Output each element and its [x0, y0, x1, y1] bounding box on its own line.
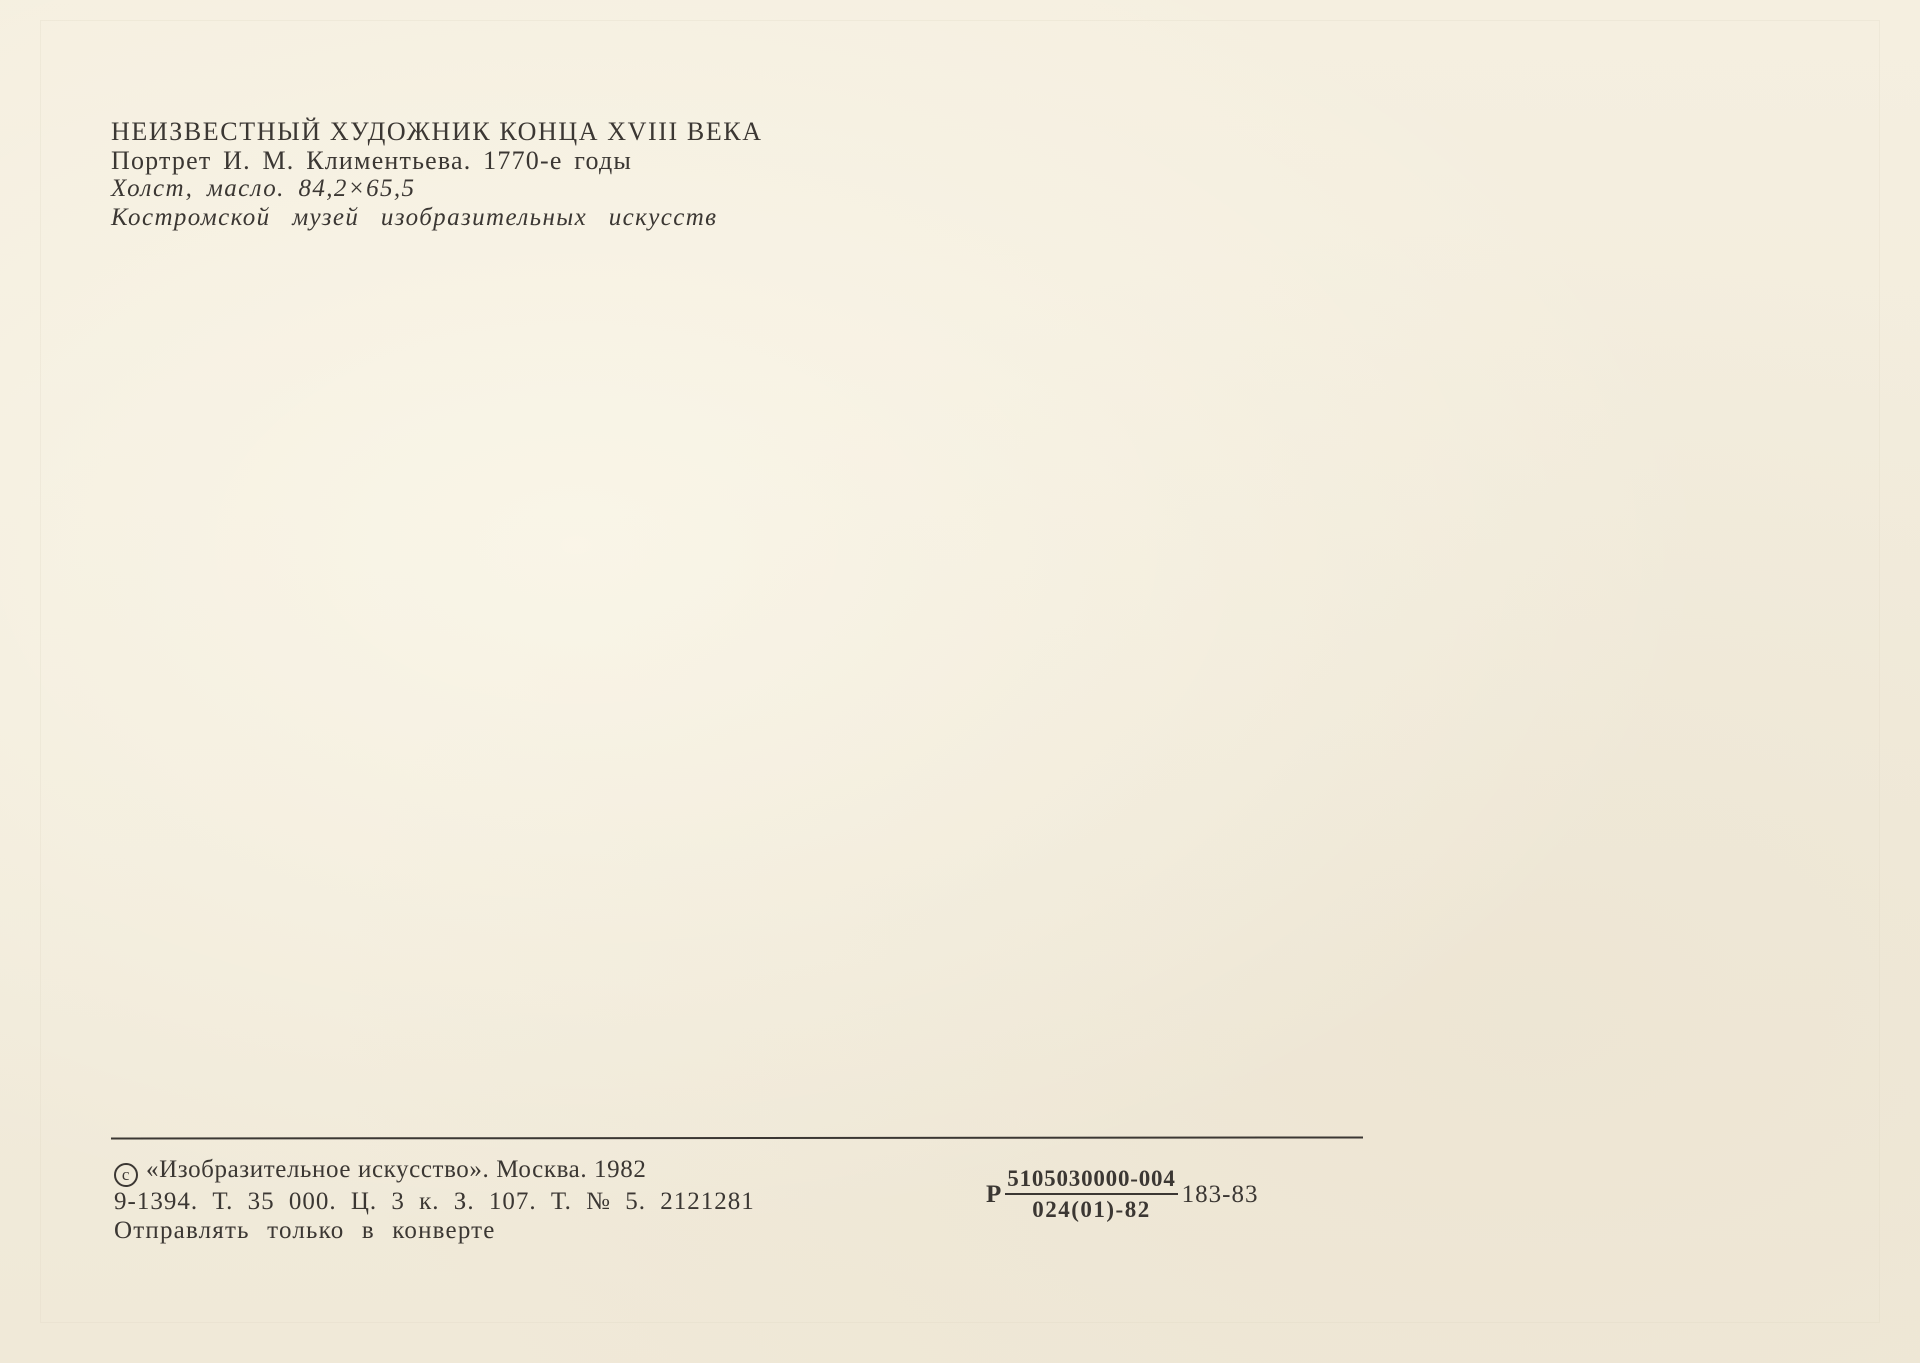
- publisher-imprint: c«Изобразительное искусство». Москва. 19…: [114, 1155, 755, 1245]
- copyright-icon: c: [114, 1163, 138, 1187]
- museum-name: Костромской музей изобразительных искусс…: [111, 204, 763, 233]
- publisher-text: «Изобразительное искусство». Москва. 198…: [146, 1156, 646, 1183]
- catalog-index-code: Р 5105030000-004 024(01)-82 183-83: [986, 1165, 1258, 1225]
- publisher-line: c«Изобразительное искусство». Москва. 19…: [114, 1155, 755, 1187]
- mailing-instruction: Отправлять только в конверте: [114, 1216, 755, 1245]
- print-run-data: 9-1394. Т. 35 000. Ц. 3 к. З. 107. Т. № …: [114, 1187, 755, 1216]
- index-fraction: 5105030000-004 024(01)-82: [1005, 1165, 1177, 1225]
- artwork-caption: НЕИЗВЕСТНЫЙ ХУДОЖНИК КОНЦА XVIII ВЕКА По…: [111, 118, 763, 232]
- artist-heading: НЕИЗВЕСТНЫЙ ХУДОЖНИК КОНЦА XVIII ВЕКА: [111, 118, 763, 147]
- index-prefix: Р: [986, 1181, 1001, 1209]
- artwork-medium-dimensions: Холст, масло. 84,2×65,5: [111, 175, 763, 204]
- index-numerator: 5105030000-004: [1005, 1165, 1177, 1193]
- index-denominator: 024(01)-82: [1032, 1195, 1150, 1225]
- index-suffix: 183-83: [1182, 1181, 1259, 1209]
- artwork-title: Портрет И. М. Климентьева. 1770-е годы: [111, 147, 763, 176]
